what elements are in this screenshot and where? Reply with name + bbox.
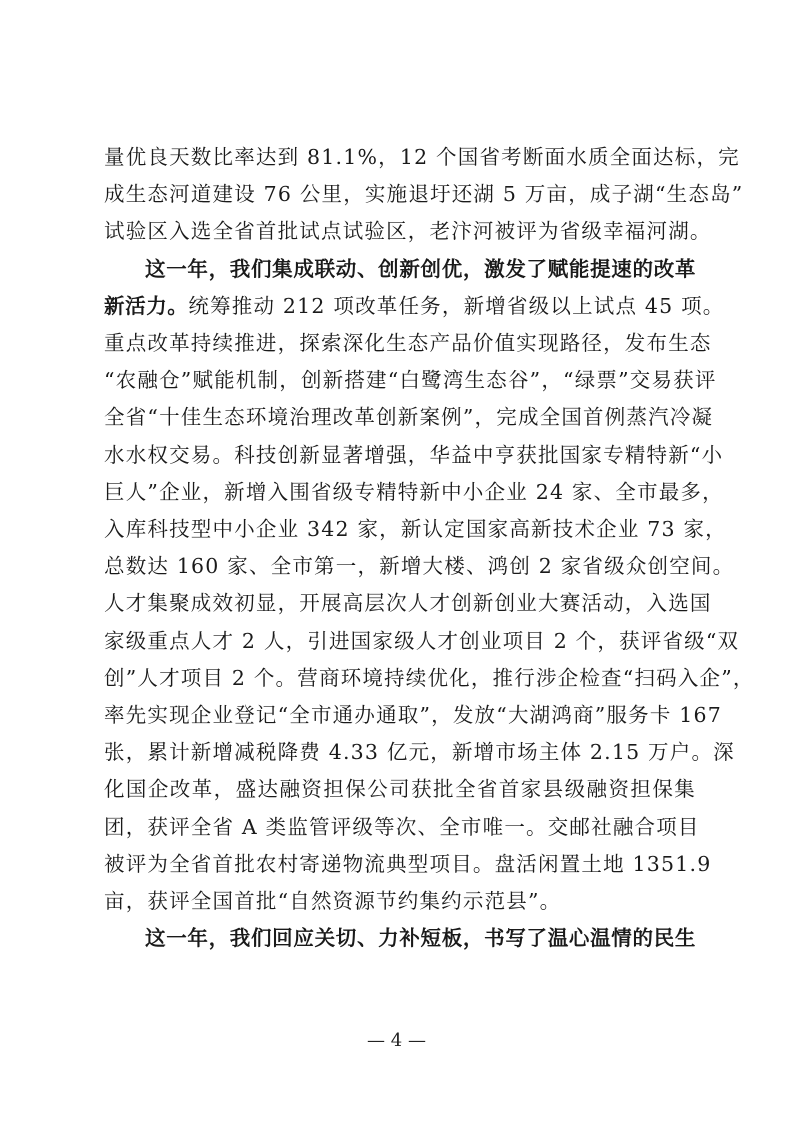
text-line: 新活力。统筹推动 212 项改革任务，新增省级以上试点 45 项。 <box>104 288 696 325</box>
text-line: 量优良天数比率达到 81.1%，12 个国省考断面水质全面达标，完 <box>104 139 696 176</box>
text-line: 全省“十佳生态环境治理改革创新案例”，完成全国首例蒸汽冷凝 <box>104 399 696 436</box>
text-line: 化国企改革，盛达融资担保公司获批全省首家县级融资担保集 <box>104 771 696 808</box>
text-line: 水水权交易。科技创新显著增强，华益中亨获批国家专精特新“小 <box>104 437 696 474</box>
text-line: 家级重点人才 2 人，引进国家级人才创业项目 2 个，获评省级“双 <box>104 623 696 660</box>
bold-lead-sentence: 这一年，我们集成联动、创新创优，激发了赋能提速的改革 <box>145 257 696 281</box>
text-line: 团，获评全省 A 类监管评级等次、全市唯一。交邮社融合项目 <box>104 809 696 846</box>
text-line: 人才集聚成效初显，开展高层次人才创新创业大赛活动，入选国 <box>104 585 696 622</box>
text-line: 张，累计新增减税降费 4.33 亿元，新增市场主体 2.15 万户。深 <box>104 734 696 771</box>
text-line: 重点改革持续推进，探索深化生态产品价值实现路径，发布生态 <box>104 325 696 362</box>
page-number: — 4 — <box>0 1030 793 1051</box>
text-line: 巨人”企业，新增入围省级专精特新中小企业 24 家、全市最多， <box>104 474 696 511</box>
text-line: “农融仓”赋能机制，创新搭建“白鹭湾生态谷”，“绿票”交易获评 <box>104 362 696 399</box>
bold-lead-sentence: 新活力。 <box>104 294 188 318</box>
text-line: 成生态河道建设 76 公里，实施退圩还湖 5 万亩，成子湖“生态岛” <box>104 176 696 213</box>
text-line: 率先实现企业登记“全市通办通取”，发放“大湖鸿商”服务卡 167 <box>104 697 696 734</box>
text-line: 亩，获评全国首批“自然资源节约集约示范县”。 <box>104 883 696 920</box>
bold-lead-sentence: 这一年，我们回应关切、力补短板，书写了温心温情的民生 <box>145 926 696 950</box>
text-line: 被评为全省首批农村寄递物流典型项目。盘活闲置土地 1351.9 <box>104 846 696 883</box>
document-page: 量优良天数比率达到 81.1%，12 个国省考断面水质全面达标，完 成生态河道建… <box>0 0 793 1122</box>
text-line: 创”人才项目 2 个。营商环境持续优化，推行涉企检查“扫码入企”， <box>104 660 696 697</box>
section-heading-line: 这一年，我们集成联动、创新创优，激发了赋能提速的改革 <box>104 251 696 288</box>
text-line: 入库科技型中小企业 342 家，新认定国家高新技术企业 73 家， <box>104 511 696 548</box>
body-text: 量优良天数比率达到 81.1%，12 个国省考断面水质全面达标，完 成生态河道建… <box>104 139 696 957</box>
section-heading-line: 这一年，我们回应关切、力补短板，书写了温心温情的民生 <box>104 920 696 957</box>
text-line: 总数达 160 家、全市第一，新增大楼、鸿创 2 家省级众创空间。 <box>104 548 696 585</box>
text-line: 试验区入选全省首批试点试验区，老汴河被评为省级幸福河湖。 <box>104 213 696 250</box>
